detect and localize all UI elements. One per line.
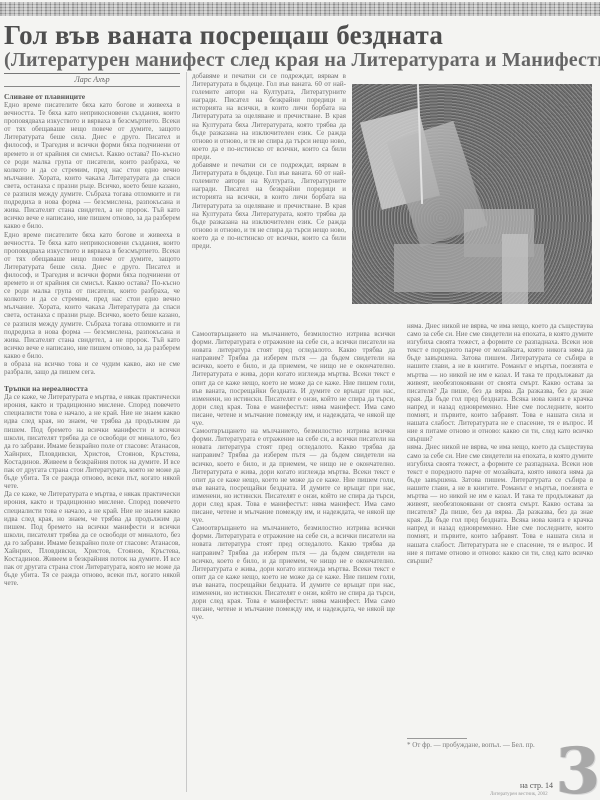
footnote-divider (407, 738, 467, 739)
body-paragraph: Самоотвръщането на мълчанието, безмилост… (192, 427, 395, 524)
body-paragraph: Самоотвръщането на мълчанието, безмилост… (192, 330, 395, 427)
divider (4, 73, 180, 74)
header-banner (0, 2, 600, 16)
body-paragraph: добавяме и печатни си се подреждат, вярв… (192, 161, 346, 250)
article-column-2-top: добавяме и печатни си се подреждат, вярв… (192, 72, 346, 330)
page-number: 3 (556, 740, 600, 800)
body-paragraph: Да се каже, че Литературата е мъртва, е … (4, 393, 180, 490)
author-byline: Ларс Ахър (4, 75, 180, 84)
photo-figure-in-bath (352, 84, 592, 304)
page-subtitle: (Литературен манифест след края на Литер… (4, 49, 600, 71)
body-paragraph: в образа на всичко това и се чудим какво… (4, 360, 180, 376)
article-column-3: няма. Днес никой не вярва, че има нещо, … (407, 322, 593, 722)
body-paragraph: няма. Днес никой не вярва, че има нещо, … (407, 443, 593, 564)
article-column-1: Сливане от плавниците Едно време писател… (4, 90, 180, 790)
body-paragraph: няма. Днес никой не вярва, че има нещо, … (407, 322, 593, 443)
column-divider (186, 72, 187, 792)
body-paragraph: Самоотвръщането на мълчанието, безмилост… (192, 524, 395, 621)
footnote: * От фр. — пробуждане, вопъл. — Бел. пр. (407, 741, 535, 749)
continued-on-page-link[interactable]: на стр. 14 (520, 781, 553, 790)
body-paragraph: Едно време писателите бяха като богове и… (4, 101, 180, 231)
article-column-2-bottom: Самоотвръщането на мълчанието, безмилост… (192, 330, 395, 795)
body-paragraph: добавяме и печатни си се подреждат, вярв… (192, 72, 346, 161)
body-paragraph: Да се каже, че Литературата е мъртва, е … (4, 490, 180, 587)
section-heading: Сливане от плавниците (4, 92, 180, 101)
credit-line: Литературен вестник, 2002 (490, 792, 548, 797)
divider (4, 86, 180, 87)
section-heading: Тръпки на нереалността (4, 384, 180, 393)
page-headline: Гол във ваната посрещаш бездната (4, 20, 443, 50)
body-paragraph: Едно време писателите бяха като богове и… (4, 231, 180, 361)
